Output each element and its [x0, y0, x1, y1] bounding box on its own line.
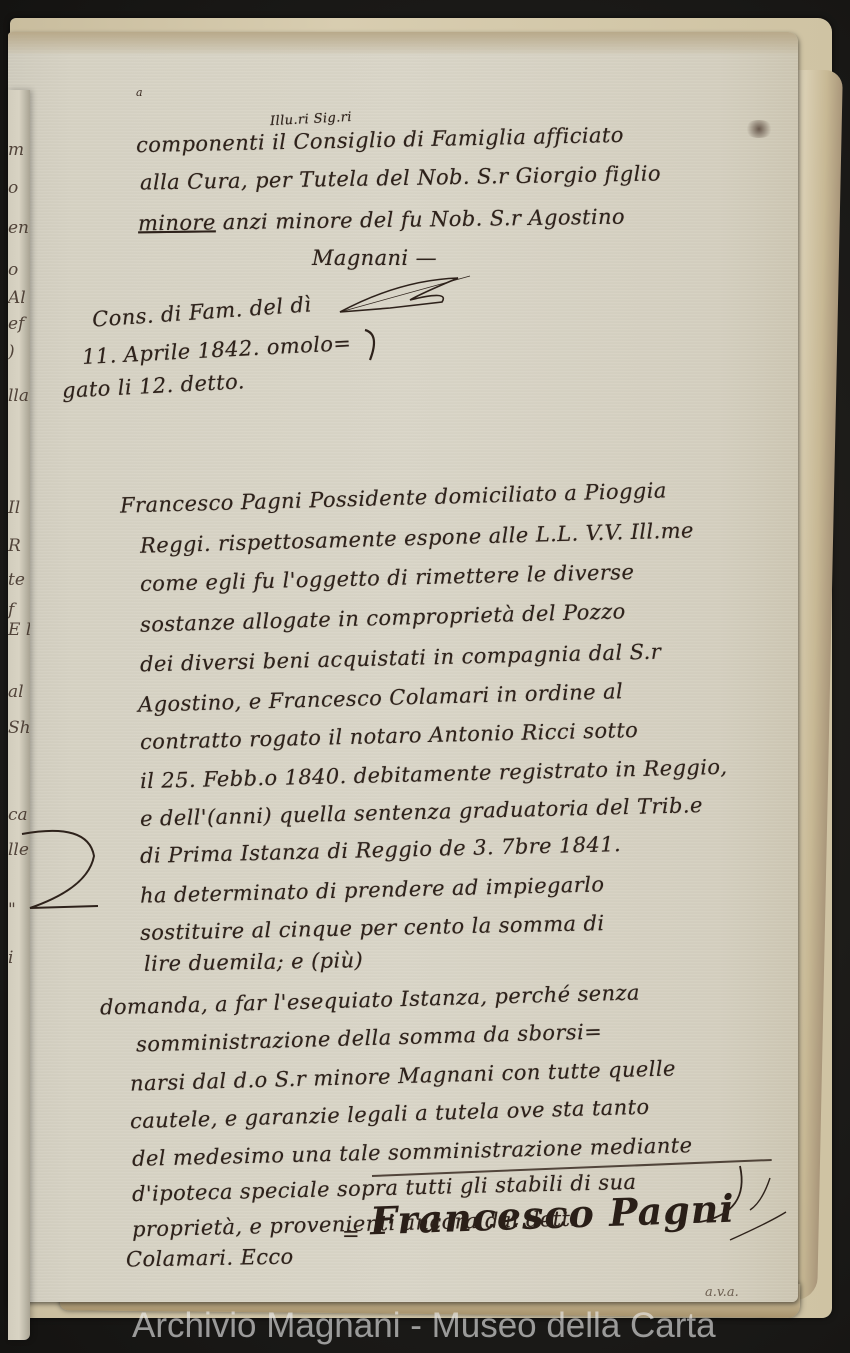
- page-top-edge-stain: [8, 32, 798, 54]
- document-viewer: m o en o Al ef ) lla Il R te f E l al Sh…: [0, 0, 850, 1353]
- fold-fragment: Il: [8, 498, 20, 518]
- left-folded-page-edge: m o en o Al ef ) lla Il R te f E l al Sh…: [8, 90, 30, 1340]
- fold-fragment: ": [8, 900, 16, 920]
- archive-pencil-note: a.v.a.: [705, 1285, 739, 1300]
- fold-fragment: m: [8, 140, 24, 160]
- signature-prefix: =: [342, 1222, 360, 1246]
- fold-fragment: en: [8, 218, 29, 238]
- fold-fragment: Sh: [8, 718, 30, 738]
- fold-fragment: ef: [8, 314, 24, 334]
- fold-fragment: ca: [8, 805, 28, 825]
- archive-watermark: Archivio Magnani - Museo della Carta: [132, 1306, 716, 1346]
- underlined-word: minore: [138, 210, 216, 235]
- ink-blot: [744, 120, 774, 138]
- fold-fragment: te: [8, 570, 25, 590]
- body-line: Colamari. Ecco: [126, 1245, 294, 1272]
- body-line: lire duemila; e (più): [144, 948, 364, 976]
- fold-fragment: o: [8, 178, 18, 198]
- fold-fragment: lle: [8, 840, 29, 860]
- fold-fragment: f: [8, 600, 14, 620]
- fold-fragment: ): [8, 342, 15, 362]
- fold-fragment: o: [8, 260, 18, 280]
- header-name-magnani: Magnani —: [312, 246, 437, 270]
- fold-fragment: al: [8, 682, 24, 702]
- fold-fragment: R: [8, 536, 21, 556]
- fold-fragment: E l: [8, 620, 30, 640]
- corner-mark: a: [136, 86, 143, 99]
- fold-fragment: Al: [8, 288, 26, 308]
- fold-fragment: lla: [8, 386, 29, 406]
- fold-fragment: i: [8, 948, 13, 968]
